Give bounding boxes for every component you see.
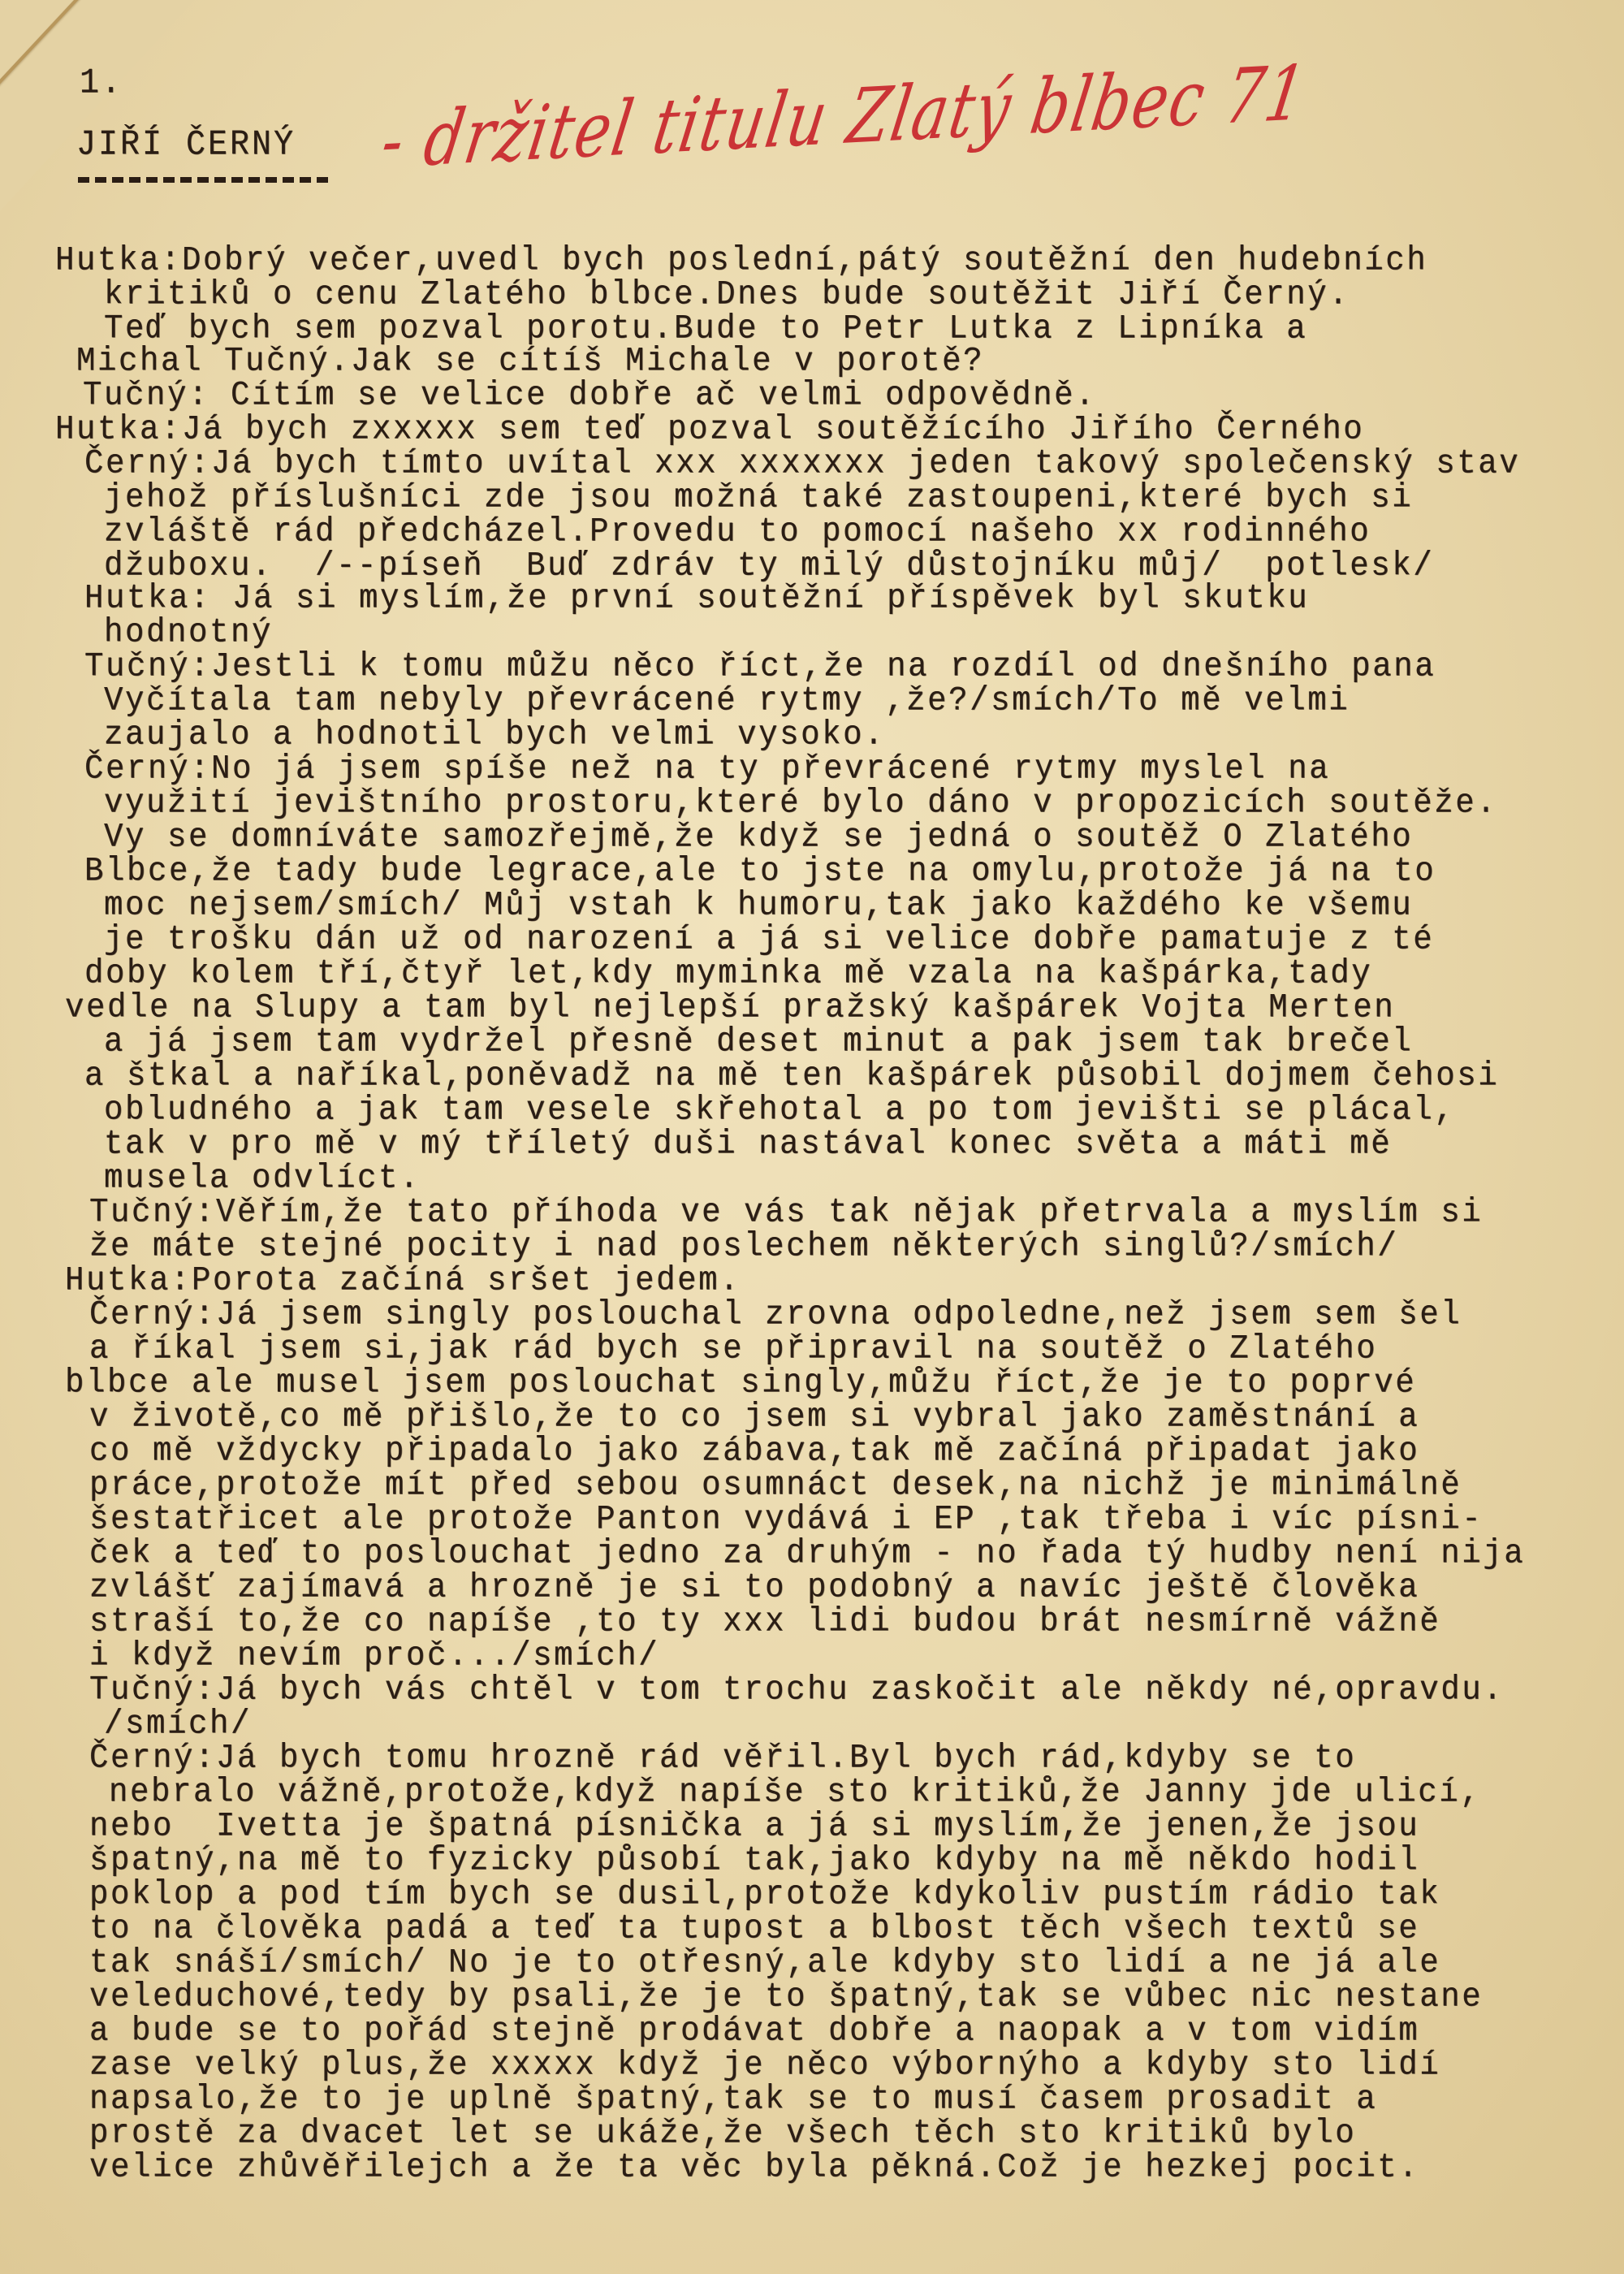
- transcript-line: poklop a pod tím bych se dusil,protože k…: [89, 1878, 1440, 1912]
- transcript-line: Michal Tučný.Jak se cítíš Michale v poro…: [76, 344, 984, 378]
- transcript-line: zvláště rád předcházel.Provedu to pomocí…: [104, 515, 1371, 549]
- transcript-line: blbce ale musel jsem poslouchat singly,m…: [65, 1366, 1416, 1400]
- transcript-line: Hutka:Dobrý večer,uvedl bych poslední,pá…: [55, 244, 1427, 278]
- transcript-line: v životě,co mě přišlo,že to co jsem si v…: [89, 1400, 1419, 1434]
- transcript-line: Vy se domníváte samozřejmě,že když se je…: [104, 820, 1413, 854]
- transcript-line: Černý:Já jsem singly poslouchal zrovna o…: [89, 1298, 1462, 1332]
- transcript-line: zvlášť zajímavá a hrozně je si to podobn…: [89, 1571, 1419, 1605]
- transcript-line: nebralo vážně,protože,když napíše sto kr…: [109, 1775, 1481, 1809]
- transcript-line: ček a teď to poslouchat jedno za druhým …: [89, 1537, 1525, 1571]
- transcript-line: straší to,že co napíše ,to ty xxx lidi b…: [89, 1605, 1440, 1639]
- transcript-line: Černý:Já bych tímto uvítal xxx xxxxxxx j…: [84, 447, 1520, 481]
- transcript-line: /smích/: [104, 1707, 252, 1741]
- transcript-line: a já jsem tam vydržel přesně deset minut…: [104, 1025, 1413, 1059]
- transcript-line: tak snáší/smích/ No je to otřesný,ale kd…: [89, 1946, 1440, 1980]
- transcript-line: práce,protože mít před sebou osumnáct de…: [89, 1468, 1462, 1502]
- transcript-line: Vyčítala tam nebyly převrácené rytmy ,že…: [104, 684, 1350, 718]
- page-title: JIŘÍ ČERNÝ: [76, 128, 296, 163]
- transcript-line: Blbce,že tady bude legrace,ale to jste n…: [84, 854, 1436, 888]
- transcript-line: šestatřicet ale protože Panton vydává i …: [89, 1502, 1483, 1537]
- transcript-line: veleduchové,tedy by psali,že je to špatn…: [89, 1980, 1483, 2014]
- transcript-line: to na člověka padá a teď ta tupost a blb…: [89, 1912, 1419, 1946]
- transcript-line: doby kolem tří,čtyř let,kdy myminka mě v…: [84, 957, 1372, 991]
- transcript-line: špatný,na mě to fyzicky působí tak,jako …: [89, 1844, 1419, 1878]
- transcript-line: je trošku dán už od narození a já si vel…: [104, 923, 1434, 957]
- transcript-line: vedle na Slupy a tam byl nejlepší pražsk…: [65, 991, 1395, 1025]
- transcript-line: a štkal a naříkal,poněvadž na mě ten kaš…: [84, 1059, 1499, 1093]
- transcript-line: Tučný:Věřím,že tato příhoda ve vás tak n…: [89, 1195, 1483, 1230]
- transcript-line: kritiků o cenu Zlatého blbce.Dnes bude s…: [104, 278, 1350, 312]
- transcript-line: Tučný:Já bych vás chtěl v tom trochu zas…: [89, 1673, 1504, 1707]
- transcript-line: a říkal jsem si,jak rád bych se připravi…: [89, 1332, 1377, 1366]
- transcript-line: nebo Ivetta je špatná písnička a já si m…: [89, 1809, 1419, 1844]
- transcript-line: i když nevím proč.../smích/: [89, 1639, 659, 1673]
- transcript-line: a bude se to pořád stejně prodávat dobře…: [89, 2014, 1419, 2048]
- transcript-line: hodnotný: [104, 616, 273, 650]
- transcript-line: tak v pro mě v mý tříletý duši nastával …: [104, 1127, 1392, 1161]
- transcript-line: velice zhůvěřilejch a že ta věc byla pěk…: [89, 2151, 1419, 2185]
- transcript-line: Černý:Já bych tomu hrozně rád věřil.Byl …: [89, 1741, 1356, 1775]
- transcript-line: že máte stejné pocity i nad poslechem ně…: [89, 1230, 1398, 1264]
- transcript-line: jehož příslušníci zde jsou možná také za…: [104, 481, 1413, 515]
- transcript-line: Hutka:Porota začíná sršet jedem.: [65, 1264, 741, 1298]
- title-underline: [78, 177, 328, 183]
- transcript-line: musela odvlíct.: [104, 1161, 421, 1195]
- transcript-line: zaujalo a hodnotil bych velmi vysoko.: [104, 718, 885, 752]
- transcript-line: obludného a jak tam vesele skřehotal a p…: [104, 1093, 1455, 1127]
- page-number: 1.: [80, 67, 123, 102]
- transcript-line: napsalo,že to je uplně špatný,tak se to …: [89, 2082, 1377, 2116]
- transcript-line: Tučný:Jestli k tomu můžu něco říct,že na…: [84, 650, 1436, 684]
- transcript-line: zase velký plus,že xxxxx když je něco vý…: [89, 2048, 1440, 2082]
- transcript-line: Černý:No já jsem spíše než na ty převrác…: [84, 752, 1330, 786]
- transcript-line: Hutka: Já si myslím,že první soutěžní př…: [84, 581, 1309, 616]
- transcript-line: prostě za dvacet let se ukáže,že všech t…: [89, 2116, 1356, 2151]
- transcript-line: moc nejsem/smích/ Můj vstah k humoru,tak…: [104, 888, 1413, 923]
- transcript-line: co mě vždycky připadalo jako zábava,tak …: [89, 1434, 1419, 1468]
- transcript-line: využití jevištního prostoru,které bylo d…: [104, 786, 1497, 820]
- transcript-line: Hutka:Já bych zxxxxx sem teď pozval sout…: [55, 413, 1364, 447]
- transcript-line: Tučný: Cítím se velice dobře ač velmi od…: [83, 378, 1096, 413]
